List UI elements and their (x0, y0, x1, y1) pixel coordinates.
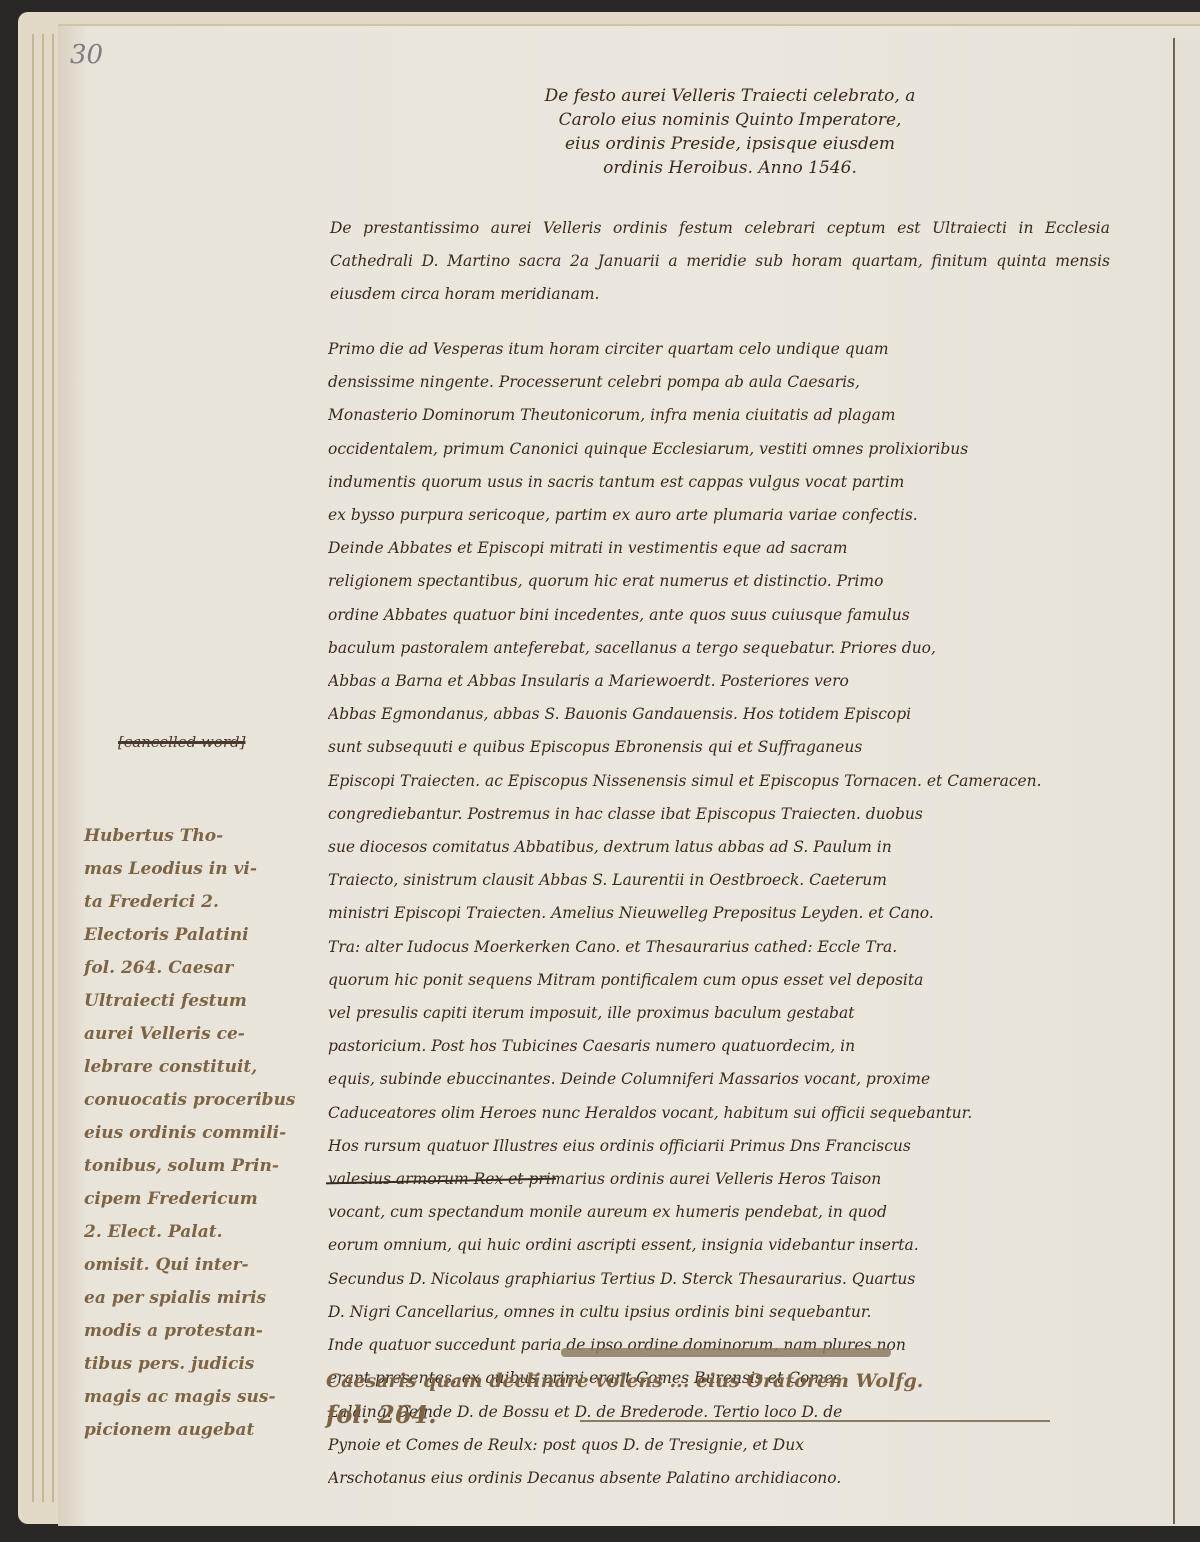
body-line: Abbas Egmondanus, abbas S. Bauonis Ganda… (328, 698, 1118, 731)
margin-line: mas Leodius in vi- (84, 853, 289, 886)
margin-line: Ultraiecti festum (84, 985, 289, 1018)
page-title: De festo aurei Velleris Traiecti celebra… (470, 84, 990, 180)
body-line: Pynoie et Comes de Reulx: post quos D. d… (328, 1429, 1118, 1462)
margin-line: cipem Fredericum (84, 1183, 289, 1216)
margin-line: lebrare constituit, (84, 1051, 289, 1084)
binding-gutter (1173, 38, 1175, 1524)
intro-paragraph: De prestantissimo aurei Velleris ordinis… (330, 212, 1110, 311)
page-edge-line (42, 34, 44, 1502)
page-edge-line (52, 34, 54, 1502)
body-line: sue diocesos comitatus Abbatibus, dextru… (328, 831, 1118, 864)
ink-strike-band (561, 1348, 891, 1357)
body-line: Secundus D. Nicolaus graphiarius Tertius… (328, 1263, 1118, 1296)
body-line: Abbas a Barna et Abbas Insularis a Marie… (328, 665, 1118, 698)
body-line: ordine Abbates quatuor bini incedentes, … (328, 599, 1118, 632)
margin-line: Electoris Palatini (84, 919, 289, 952)
title-line: De festo aurei Velleris Traiecti celebra… (470, 84, 990, 108)
body-line: Traiecto, sinistrum clausit Abbas S. Lau… (328, 864, 1118, 897)
title-line: Carolo eius nominis Quinto Imperatore, (470, 108, 990, 132)
margin-line: magis ac magis sus- (84, 1381, 289, 1414)
margin-line: tonibus, solum Prin- (84, 1150, 289, 1183)
body-line: Tra: alter Iudocus Moerkerken Cano. et T… (328, 931, 1118, 964)
margin-line: ea per spialis miris (84, 1282, 289, 1315)
title-line: eius ordinis Preside, ipsisque eiusdem (470, 132, 990, 156)
body-line: quorum hic ponit sequens Mitram pontific… (328, 964, 1118, 997)
margin-line: picionem augebat (84, 1414, 289, 1447)
body-line: D. Nigri Cancellarius, omnes in cultu ip… (328, 1296, 1118, 1329)
body-line: equis, subinde ebuccinantes. Deinde Colu… (328, 1063, 1118, 1096)
margin-line: fol. 264. Caesar (84, 952, 289, 985)
body-line: eorum omnium, qui huic ordini ascripti e… (328, 1229, 1118, 1262)
body-line: Caduceatores olim Heroes nunc Heraldos v… (328, 1097, 1118, 1130)
addendum-rule-line (580, 1420, 1050, 1422)
title-line: ordinis Heroibus. Anno 1546. (470, 156, 990, 180)
body-line: vocant, cum spectandum monile aureum ex … (328, 1196, 1118, 1229)
body-line: ministri Episcopi Traiecten. Amelius Nie… (328, 897, 1118, 930)
body-line: pastoricium. Post hos Tubicines Caesaris… (328, 1030, 1118, 1063)
margin-line: conuocatis proceribus (84, 1084, 289, 1117)
body-line: ex bysso purpura sericoque, partim ex au… (328, 499, 1118, 532)
addendum-line: Caesaris quam declinare volens ... eius … (326, 1370, 923, 1392)
addendum-note: Caesaris quam declinare volens ... eius … (326, 1360, 1106, 1402)
margin-annotation: Hubertus Tho- mas Leodius in vi- ta Fred… (84, 820, 289, 1447)
addendum-reference: fol. 264. (326, 1400, 437, 1429)
margin-line: modis a protestan- (84, 1315, 289, 1348)
facing-page-edge (1175, 38, 1200, 1524)
margin-line: 2. Elect. Palat. (84, 1216, 289, 1249)
body-line: religionem spectantibus, quorum hic erat… (328, 565, 1118, 598)
body-line: baculum pastoralem anteferebat, sacellan… (328, 632, 1118, 665)
margin-line: eius ordinis commili- (84, 1117, 289, 1150)
page-edge-line (32, 34, 34, 1502)
struck-margin-word: [cancelled word] (118, 733, 283, 751)
folio-number: 30 (70, 40, 103, 70)
margin-line: ta Frederici 2. (84, 886, 289, 919)
body-line: sunt subsequuti e quibus Episcopus Ebron… (328, 731, 1118, 764)
body-line: occidentalem, primum Canonici quinque Ec… (328, 433, 1118, 466)
body-line: vel presulis capiti iterum imposuit, ill… (328, 997, 1118, 1030)
margin-line: tibus pers. judicis (84, 1348, 289, 1381)
body-line: Deinde Abbates et Episcopi mitrati in ve… (328, 532, 1118, 565)
main-body-text: Primo die ad Vesperas itum horam circite… (328, 333, 1118, 1495)
body-line: indumentis quorum usus in sacris tantum … (328, 466, 1118, 499)
margin-line: Hubertus Tho- (84, 820, 289, 853)
body-line: congrediebantur. Postremus in hac classe… (328, 798, 1118, 831)
margin-line: omisit. Qui inter- (84, 1249, 289, 1282)
body-line: Monasterio Dominorum Theutonicorum, infr… (328, 399, 1118, 432)
body-line: Primo die ad Vesperas itum horam circite… (328, 333, 1118, 366)
body-line: Episcopi Traiecten. ac Episcopus Nissene… (328, 765, 1118, 798)
body-line: Inde quatuor succedunt paria de ipso ord… (328, 1329, 1118, 1362)
body-line: Arschotanus eius ordinis Decanus absente… (328, 1462, 1118, 1495)
body-line: Hos rursum quatuor Illustres eius ordini… (328, 1130, 1118, 1163)
margin-line: aurei Velleris ce- (84, 1018, 289, 1051)
body-line: densissime ningente. Processerunt celebr… (328, 366, 1118, 399)
